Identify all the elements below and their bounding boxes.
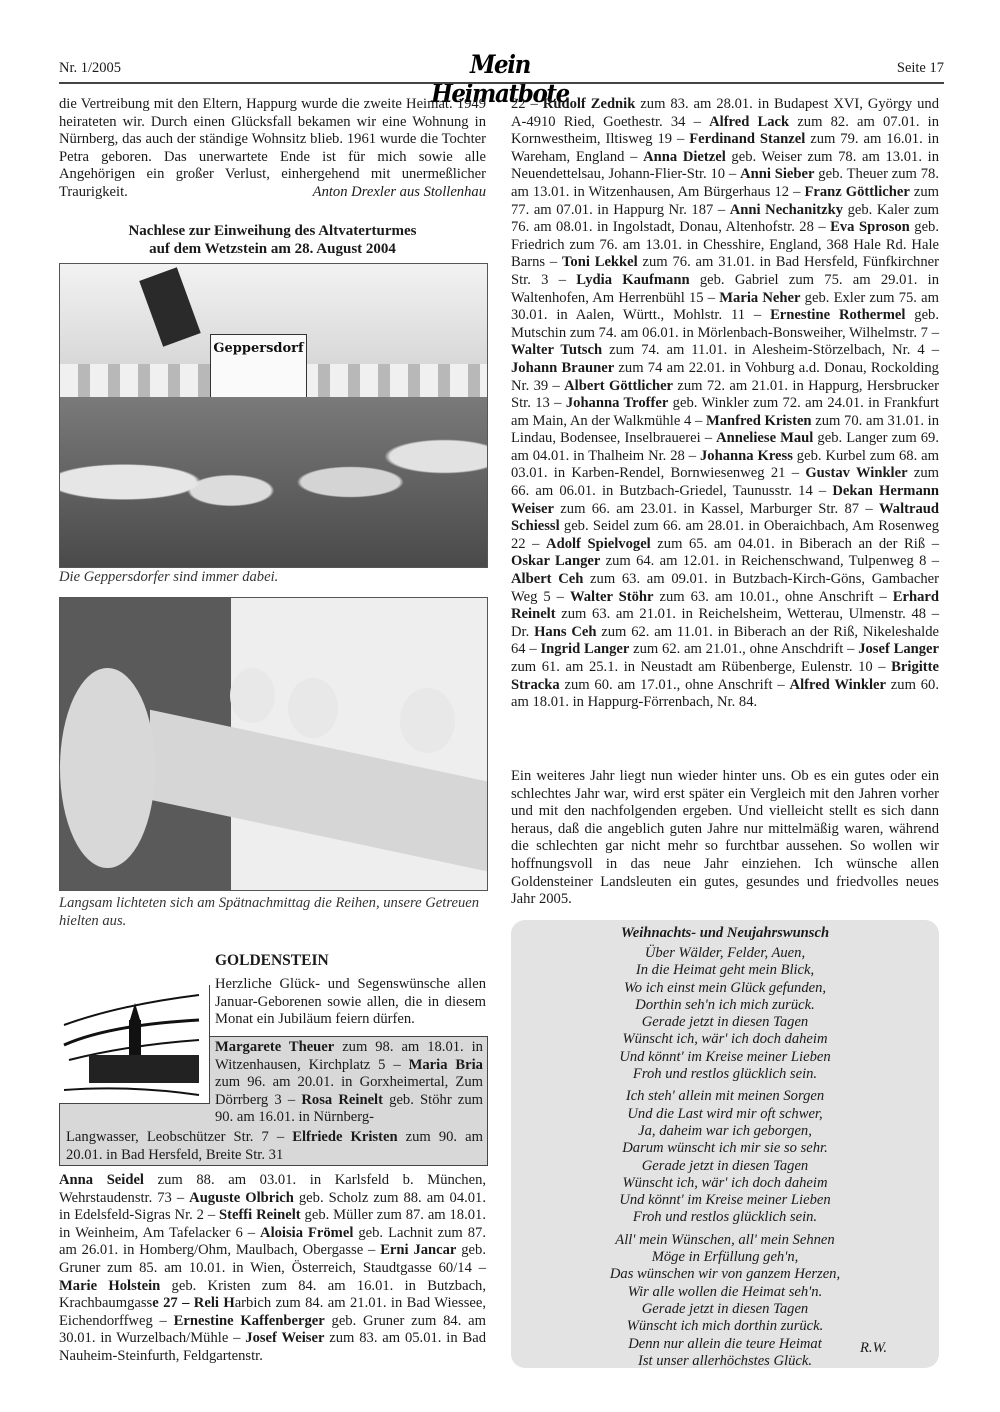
honoree-name: Anna Seidel	[59, 1172, 144, 1188]
poem-line: Wünscht ich, wär' ich doch daheim	[511, 1031, 939, 1048]
closing-text: Ein weiteres Jahr liegt nun wieder hinte…	[511, 768, 939, 909]
poem-line: Gerade jetzt in diesen Tagen	[511, 1301, 939, 1318]
person-man-laughing	[288, 678, 338, 738]
honoree-name: Ernestine Rothermel	[770, 307, 905, 323]
goldenstein-intro: Herzliche Glück- und Segenswünsche allen…	[215, 976, 486, 1029]
photo1-caption: Die Geppersdorfer sind immer dabei.	[59, 569, 486, 587]
honoree-details: zum 65. am 04.01. in Biberach an der Riß…	[651, 536, 939, 552]
honoree-details: Langwasser, Leobschützer Str. 7 –	[66, 1129, 292, 1145]
honoree-name: Ingrid Langer	[540, 641, 629, 657]
honoree-name: Johanna Kress	[700, 448, 793, 464]
intro-article: die Vertreibung mit den Eltern, Happurg …	[59, 96, 486, 202]
poem-line: Und die Last wird mir oft schwer,	[511, 1106, 939, 1123]
honoree-details: zum 66. am 23.01. in Kassel, Marburger S…	[554, 501, 879, 517]
newspaper-page: Nr. 1/2005 Mein Heimatbote Seite 17 die …	[0, 0, 1000, 1412]
honoree-name: Anna Dietzel	[643, 149, 726, 165]
poem-title: Weihnachts- und Neujahrswunsch	[511, 925, 939, 942]
honoree-details: zum 63. am 10.01., ohne Anschrift –	[654, 589, 893, 605]
honoree-name: Anni Nechanitzky	[730, 202, 843, 218]
honoree-name: Ernestine Kaffenberger	[174, 1313, 325, 1329]
honoree-name: Josef Weiser	[245, 1330, 324, 1346]
poem-line: Das wünschen wir von ganzem Herzen,	[511, 1266, 939, 1283]
honoree-details: zum 61. am 25.1. in Neustadt am Rübenber…	[511, 659, 891, 675]
honoree-name: Maria Bria	[409, 1057, 483, 1073]
honoree-name: Johann Brauner	[511, 360, 614, 376]
poem-stanza-1: Über Wälder, Felder, Auen, In die Heimat…	[511, 945, 939, 1083]
church-sketch-illustration	[59, 985, 210, 1104]
honoree-name: Walter Tutsch	[511, 342, 602, 358]
poem-line: Darum wünscht ich mir sie so sehr.	[511, 1140, 939, 1157]
closing-paragraph: Ein weiteres Jahr liegt nun wieder hinte…	[511, 768, 939, 909]
article-headline: Nachlese zur Einweihung des Altvaterturm…	[59, 222, 486, 258]
person-man-glasses	[400, 688, 455, 753]
section-title-goldenstein: GOLDENSTEIN	[215, 952, 329, 970]
honoree-name: Auguste Olbrich	[189, 1190, 294, 1206]
honoree-name: Johanna Troffer	[566, 395, 668, 411]
poem-line: Froh und restlos glücklich sein.	[511, 1066, 939, 1083]
honoree-details: zum 60. am 17.01., ohne Anschrift –	[560, 677, 790, 693]
honoree-name: Alfred Lack	[709, 114, 789, 130]
honoree-name: Marie Holstein	[59, 1278, 160, 1294]
honoree-name: Walter Stöhr	[570, 589, 654, 605]
honoree-name: Ferdinand Stanzel	[689, 131, 805, 147]
honoree-name: Josef Langer	[858, 641, 939, 657]
poem-line: Und könnt' im Kreise meiner Lieben	[511, 1049, 939, 1066]
person-back	[60, 668, 155, 868]
honoree-name: Adolf Spielvogel	[546, 536, 651, 552]
highlight-box-text: Margarete Theuer zum 98. am 18.01. in Wi…	[215, 1039, 483, 1127]
poem-line: Wünscht ich mich dorthin zurück.	[511, 1318, 939, 1335]
honoree-name: Anni Sieber	[740, 166, 814, 182]
honoree-details: zum 62. am 21.01., ohne Anschdrift –	[629, 641, 858, 657]
poem-signature: R.W.	[860, 1340, 887, 1357]
poem-line: Möge in Erfüllung geh'n,	[511, 1249, 939, 1266]
church-sketch-icon	[59, 985, 209, 1103]
honoree-name: e 27 – Reli H	[152, 1295, 234, 1311]
honoree-name: Hans Ceh	[534, 624, 596, 640]
honoree-name: Maria Neher	[719, 290, 800, 306]
honoree-name: Albert Göttlicher	[564, 378, 673, 394]
poem-line: Und könnt' im Kreise meiner Lieben	[511, 1192, 939, 1209]
honoree-name: Rosa Reinelt	[301, 1092, 383, 1108]
geppersdorf-sign: Geppersdorf	[210, 334, 307, 406]
honoree-name: Margarete Theuer	[215, 1039, 334, 1055]
intro-signature: Anton Drexler aus Stollenhau	[313, 184, 486, 202]
honoree-name: Alfred Winkler	[790, 677, 886, 693]
poem-stanza-2: Ich steh' allein mit meinen Sorgen Und d…	[511, 1088, 939, 1226]
honoree-details: zum 74. am 11.01. in Alesheim-Störzelbac…	[602, 342, 939, 358]
honoree-name: Lydia Kaufmann	[576, 272, 689, 288]
poem-line: Wünscht ich, wär' ich doch daheim	[511, 1175, 939, 1192]
poem-line: Wir alle wollen die Heimat seh'n.	[511, 1284, 939, 1301]
honoree-name: Manfred Kristen	[706, 413, 812, 429]
highlight-box-tail: Langwasser, Leobschützer Str. 7 – Elfrie…	[66, 1129, 483, 1164]
photo-table-guests	[59, 597, 488, 891]
honoree-name: Anneliese Maul	[716, 430, 813, 446]
poem-line: Dorthin seh'n ich mich zurück.	[511, 997, 939, 1014]
honoree-name: Oskar Langer	[511, 553, 600, 569]
honoree-name: Elfriede Kristen	[292, 1129, 397, 1145]
photo2-caption: Langsam lichteten sich am Spätnachmittag…	[59, 895, 486, 930]
issue-number: Nr. 1/2005	[59, 60, 121, 77]
honoree-name: Rudolf Zednik	[543, 96, 636, 112]
honoree-name: Gustav Winkler	[805, 465, 907, 481]
honoree-name: Erni Jancar	[380, 1242, 456, 1258]
poem-line: Froh und restlos glücklich sein.	[511, 1209, 939, 1226]
honoree-name: Franz Göttlicher	[804, 184, 909, 200]
page-number: Seite 17	[897, 60, 944, 77]
header-rule	[59, 82, 944, 84]
headline-line-2: auf dem Wetzstein am 28. August 2004	[59, 240, 486, 258]
right-birthday-list: 22 – Rudolf Zednik zum 83. am 28.01. in …	[511, 96, 939, 712]
honoree-name: Toni Lekkel	[562, 254, 638, 270]
poem-line: All' mein Wünschen, all' mein Sehnen	[511, 1232, 939, 1249]
goldenstein-birthday-list: Anna Seidel zum 88. am 03.01. in Karlsfe…	[59, 1172, 486, 1366]
honoree-name: Eva Sproson	[830, 219, 910, 235]
poem-line: Ja, daheim war ich geborgen,	[511, 1123, 939, 1140]
poem-body: Über Wälder, Felder, Auen, In die Heimat…	[511, 945, 939, 1375]
poem-line: Wo ich einst mein Glück gefunden,	[511, 980, 939, 997]
poem-line: Ich steh' allein mit meinen Sorgen	[511, 1088, 939, 1105]
headline-line-1: Nachlese zur Einweihung des Altvaterturm…	[59, 222, 486, 240]
honoree-name: Albert Ceh	[511, 571, 583, 587]
honoree-details: zum 64. am 12.01. in Reichenschwand, Tul…	[600, 553, 939, 569]
honoree-name: Steffi Reinelt	[219, 1207, 301, 1223]
poem-line: Gerade jetzt in diesen Tagen	[511, 1014, 939, 1031]
crowd	[60, 397, 487, 567]
honoree-name: Aloisia Frömel	[260, 1225, 353, 1241]
honoree-details: 22 –	[511, 96, 543, 112]
poem-line: Gerade jetzt in diesen Tagen	[511, 1158, 939, 1175]
poem-line: Über Wälder, Felder, Auen,	[511, 945, 939, 962]
poem-line: In die Heimat geht mein Blick,	[511, 962, 939, 979]
person-woman	[230, 668, 275, 723]
photo-geppersdorf-tent: Geppersdorf	[59, 263, 488, 568]
